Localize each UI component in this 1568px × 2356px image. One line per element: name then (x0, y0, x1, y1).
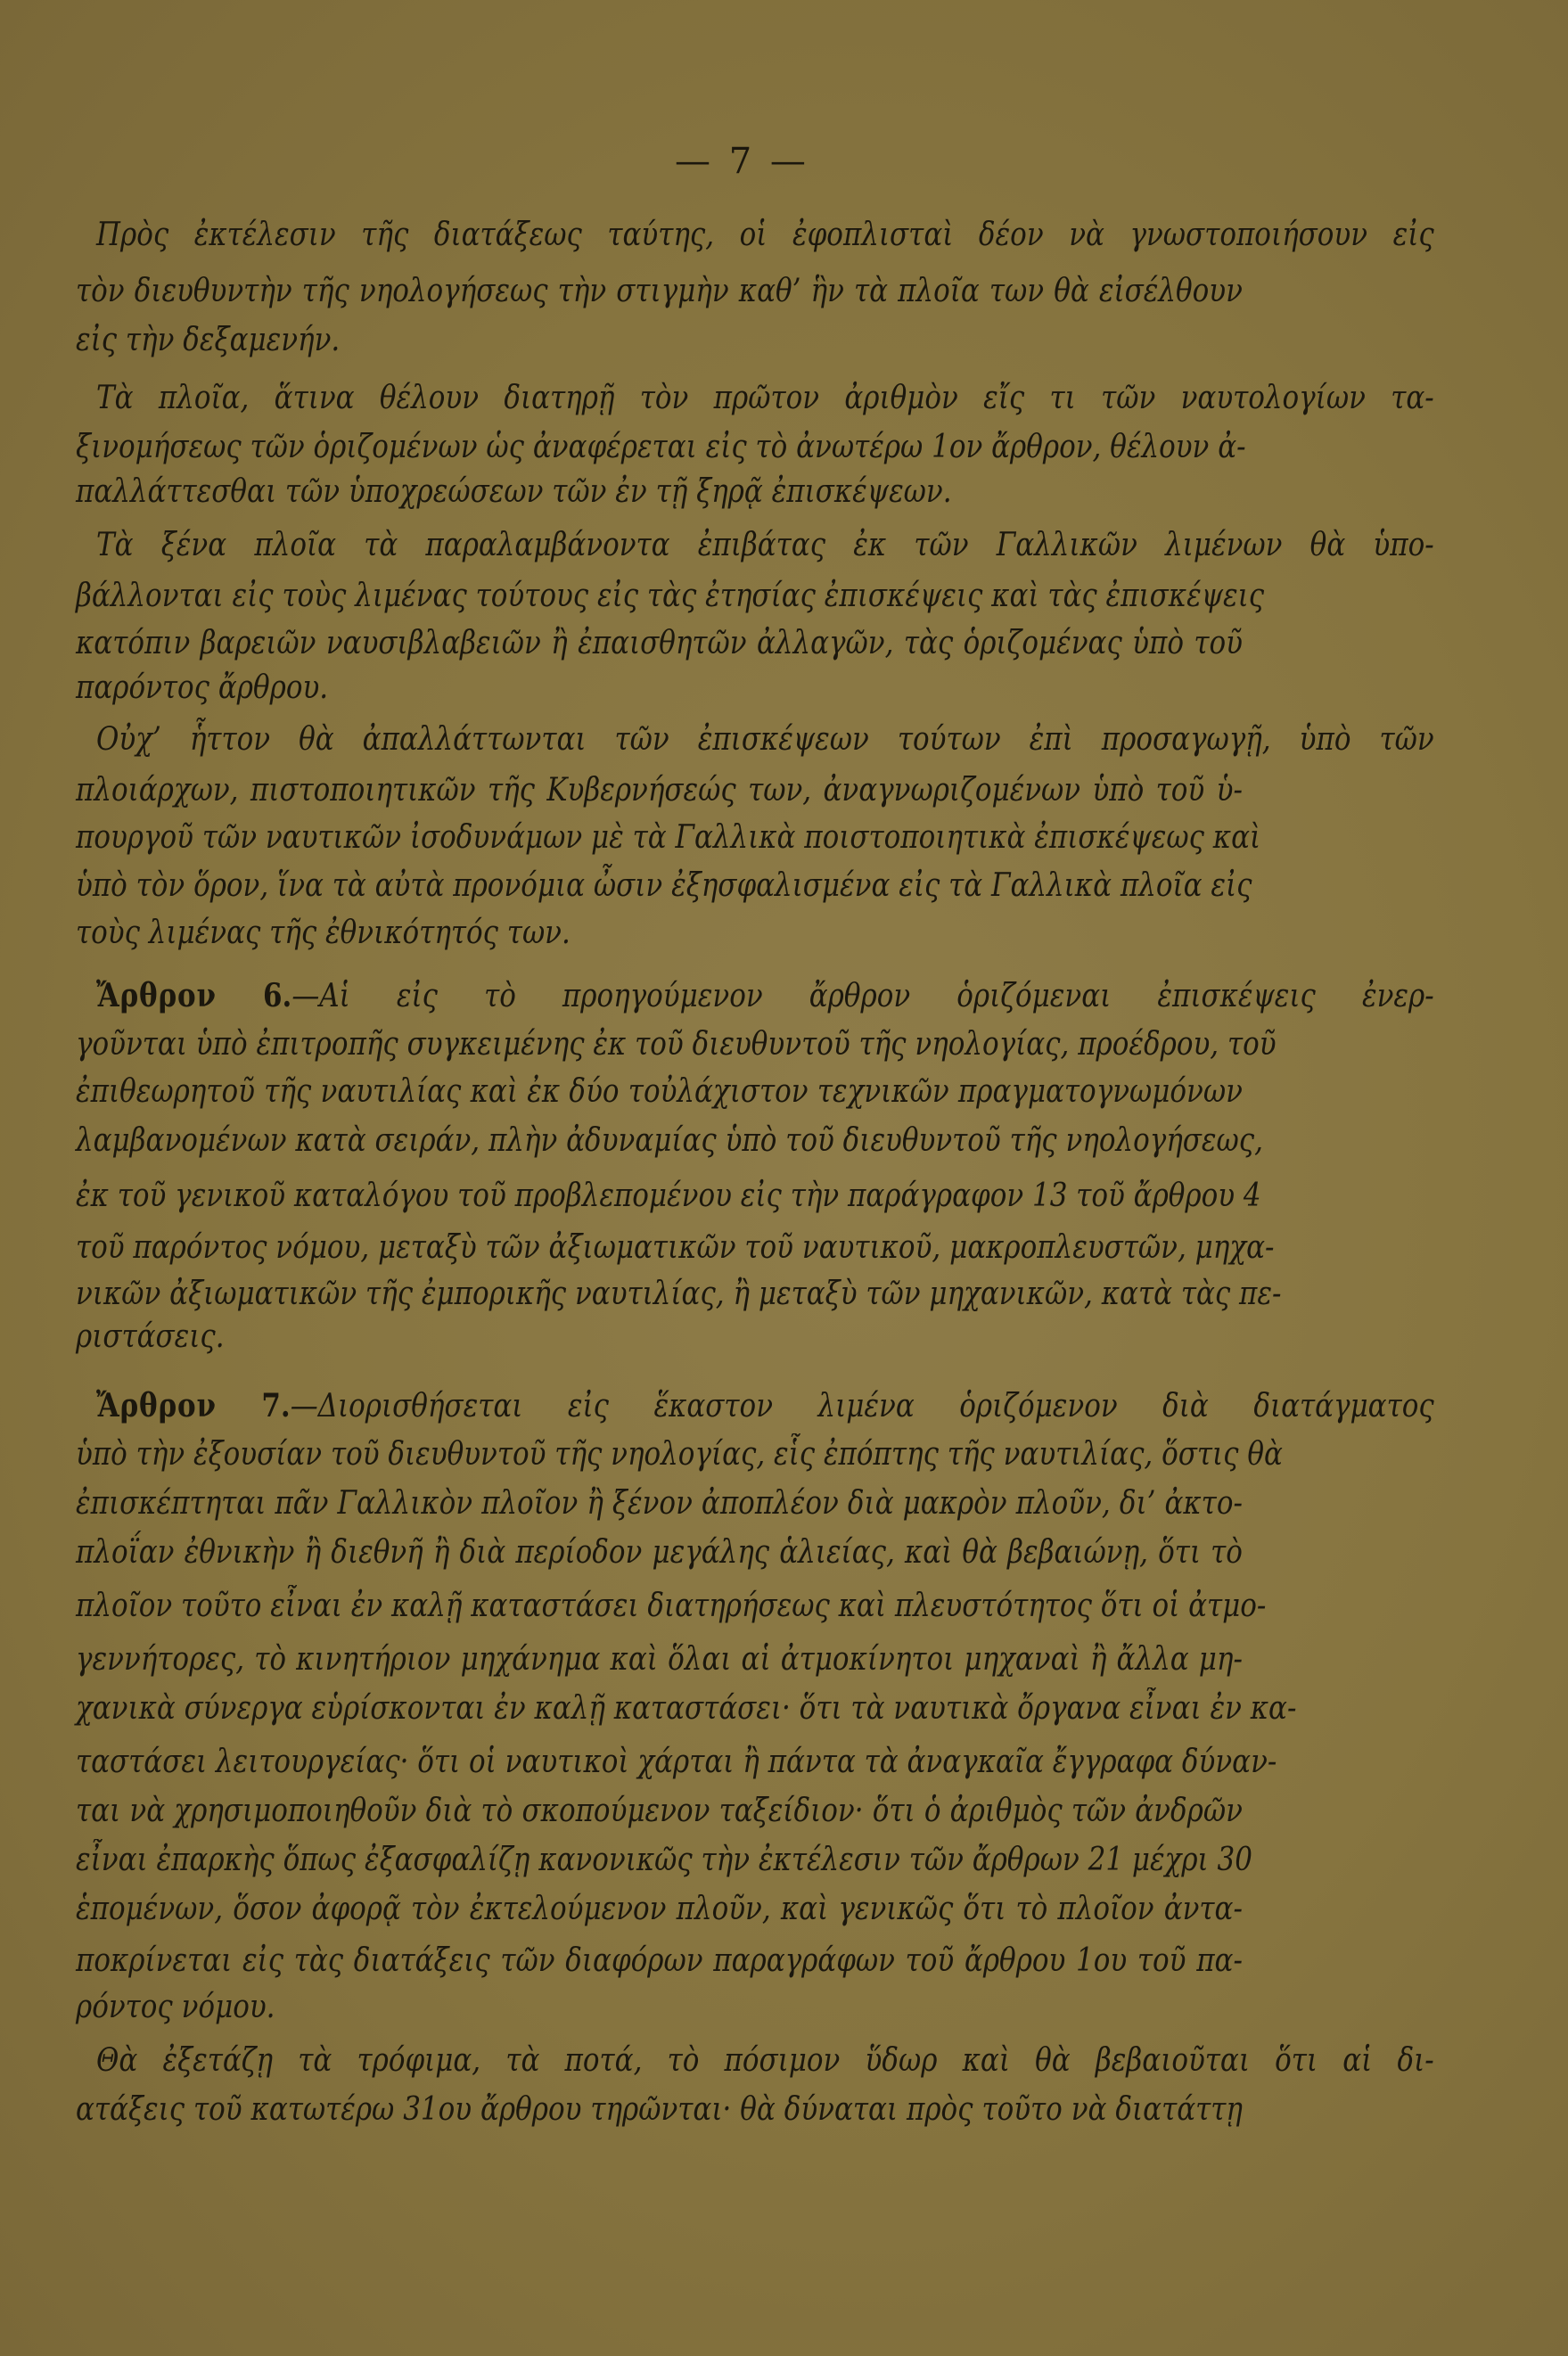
text-line: παρόντος ἄρθρου. (76, 669, 1243, 708)
text-line: ἐπισκέπτηται πᾶν Γαλλικὸν πλοῖον ἢ ξένον… (76, 1484, 1243, 1523)
text-line: εἰς τὴν δεξαμενήν. (76, 321, 1243, 360)
text-line: εἶναι ἐπαρκὴς ὅπως ἐξασφαλίζῃ κανονικῶς … (76, 1841, 1243, 1880)
text-line: Οὐχ’ ἧττον θὰ ἀπαλλάττωνται τῶν ἐπισκέψε… (96, 720, 1434, 759)
text-line: πουργοῦ τῶν ναυτικῶν ἰσοδυνάμων μὲ τὰ Γα… (76, 818, 1243, 858)
article-label: Ἄρθρον (96, 977, 217, 1014)
text-line: γεννήτορες, τὸ κινητήριον μηχάνημα καὶ ὅ… (76, 1640, 1243, 1679)
article-label: Ἄρθρον (96, 1387, 217, 1424)
text-line: κατόπιν βαρειῶν ναυσιβλαβειῶν ἢ ἐπαισθητ… (76, 624, 1243, 663)
article-number: 6. (263, 977, 291, 1014)
text-line: τὸν διευθυντὴν τῆς νηολογήσεως τὴν στιγμ… (76, 272, 1243, 311)
text-line: ται νὰ χρησιμοποιηθοῦν διὰ τὸ σκοπούμενο… (76, 1792, 1243, 1831)
text-line: παλλάττεσθαι τῶν ὑποχρεώσεων τῶν ἐν τῇ ξ… (76, 472, 1243, 512)
text-line: λαμβανομένων κατὰ σειράν, πλὴν ἀδυναμίας… (76, 1121, 1243, 1161)
text-line: χανικὰ σύνεργα εὑρίσκονται ἐν καλῇ κατασ… (76, 1689, 1243, 1728)
text-line: —Αἱ εἰς τὸ προηγούμενον ἄρθρον ὁριζόμενα… (291, 978, 1433, 1014)
text-line: νικῶν ἀξιωματικῶν τῆς ἐμπορικῆς ναυτιλία… (76, 1275, 1243, 1314)
text-line: ρόντος νόμου. (76, 1988, 1243, 2027)
text-line: Τὰ ξένα πλοῖα τὰ παραλαμβάνοντα ἐπιβάτας… (96, 526, 1434, 565)
article-number: 7. (261, 1387, 290, 1424)
page-number: — 7 — (0, 141, 1484, 182)
text-line: ριστάσεις. (76, 1318, 1243, 1357)
text-line: ἐκ τοῦ γενικοῦ καταλόγου τοῦ προβλεπομέν… (76, 1177, 1243, 1216)
text-line: πλοΐαν ἐθνικὴν ἢ διεθνῆ ἢ διὰ περίοδον μ… (76, 1533, 1243, 1572)
text-line: Πρὸς ἐκτέλεσιν τῆς διατάξεως ταύτης, οἱ … (96, 216, 1434, 255)
text-line: Θὰ ἐξετάζῃ τὰ τρόφιμα, τὰ ποτά, τὸ πόσιμ… (96, 2041, 1434, 2081)
text-line: γοῦνται ὑπὸ ἐπιτροπῆς συγκειμένης ἐκ τοῦ… (76, 1025, 1243, 1064)
document-page: — 7 — Πρὸς ἐκτέλεσιν τῆς διατάξεως ταύτη… (0, 0, 1568, 2356)
text-line: ταστάσει λειτουργείας· ὅτι οἱ ναυτικοὶ χ… (76, 1743, 1243, 1782)
text-line: ἑπομένων, ὅσον ἀφορᾷ τὸν ἐκτελούμενον πλ… (76, 1890, 1243, 1929)
text-line: ὑπὸ τὸν ὅρον, ἵνα τὰ αὐτὰ προνόμια ὦσιν … (76, 866, 1243, 906)
text-line: πλοιάρχων, πιστοποιητικῶν τῆς Κυβερνήσεώ… (76, 771, 1243, 810)
text-line: ξινομήσεως τῶν ὁριζομένων ὡς ἀναφέρεται … (76, 428, 1243, 467)
text-line: τοὺς λιμένας τῆς ἐθνικότητός των. (76, 914, 1243, 953)
text-line: τοῦ παρόντος νόμου, μεταξὺ τῶν ἀξιωματικ… (76, 1228, 1243, 1268)
article-6-heading-line: Ἄρθρον 6.—Αἱ εἰς τὸ προηγούμενον ἄρθρον … (96, 976, 1434, 1016)
text-line: ποκρίνεται εἰς τὰς διατάξεις τῶν διαφόρω… (76, 1941, 1243, 1981)
text-line: —Διορισθήσεται εἰς ἕκαστον λιμένα ὁριζόμ… (291, 1388, 1434, 1424)
article-7-heading-line: Ἄρθρον 7.—Διορισθήσεται εἰς ἕκαστον λιμέ… (96, 1386, 1434, 1426)
text-line: ὑπὸ τὴν ἐξουσίαν τοῦ διευθυντοῦ τῆς νηολ… (76, 1435, 1243, 1474)
text-line: ἐπιθεωρητοῦ τῆς ναυτιλίας καὶ ἐκ δύο τοὐ… (76, 1072, 1243, 1112)
text-line: ατάξεις τοῦ κατωτέρω 31ου ἄρθρου τηρῶντα… (76, 2090, 1243, 2130)
text-line: Τὰ πλοῖα, ἅτινα θέλουν διατηρῇ τὸν πρῶτο… (96, 379, 1434, 418)
text-line: βάλλονται εἰς τοὺς λιμένας τούτους εἰς τ… (76, 577, 1243, 616)
text-line: πλοῖον τοῦτο εἶναι ἐν καλῇ καταστάσει δι… (76, 1587, 1243, 1626)
